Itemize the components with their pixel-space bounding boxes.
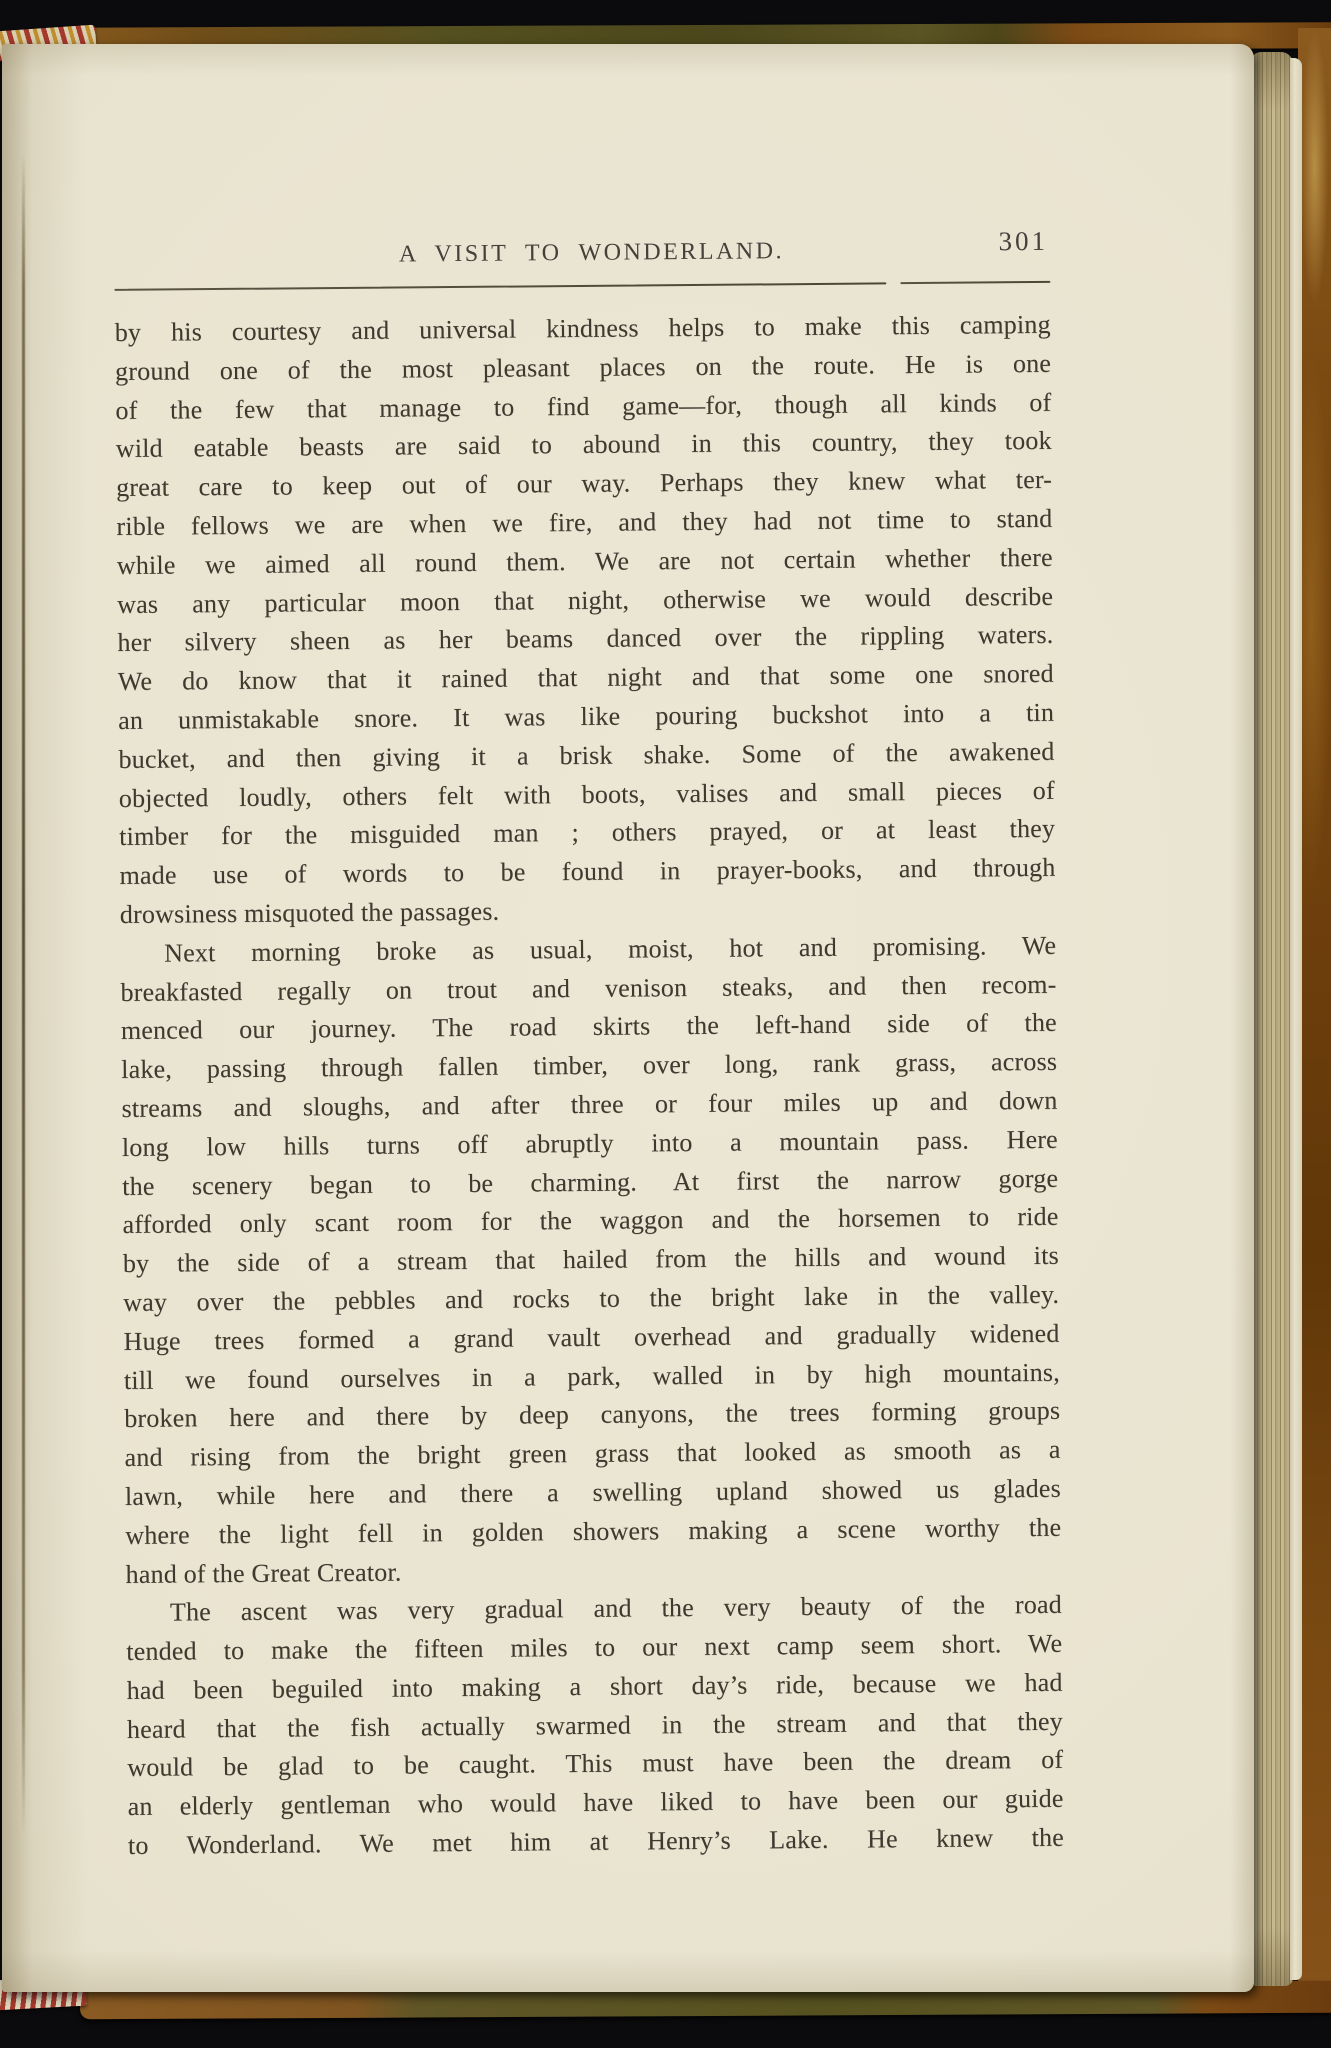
book-scan-scene: A VISIT TO WONDERLAND. 301 by his courte… [0, 0, 1331, 2048]
header-rule [114, 281, 1050, 291]
page-content: A VISIT TO WONDERLAND. 301 by his courte… [114, 236, 1064, 1866]
page-number: 301 [998, 226, 1048, 257]
header-rule-segment [901, 281, 1051, 284]
header-rule-segment [114, 282, 886, 290]
text-line: where the light fell in golden showers m… [125, 1508, 1061, 1555]
gutter-crease [22, 154, 25, 1834]
page-stack-fore-edge [1251, 52, 1293, 1986]
paragraph: by his courtesy and universal kindness h… [115, 306, 1056, 935]
book-cover-right-edge [1298, 28, 1331, 2012]
paragraph: Next morning broke as usual, moist, hot … [120, 927, 1062, 1595]
book-page: A VISIT TO WONDERLAND. 301 by his courte… [2, 44, 1254, 1992]
text-line: to Wonderland. We met him at Henry’s Lak… [128, 1819, 1064, 1866]
running-header-title: A VISIT TO WONDERLAND. [399, 238, 784, 268]
text-line: made use of words to be found in prayer-… [119, 849, 1055, 896]
running-header: A VISIT TO WONDERLAND. 301 [114, 236, 1050, 278]
body-text: by his courtesy and universal kindness h… [115, 306, 1065, 1866]
underlying-page-edge [1290, 58, 1302, 1980]
paragraph: The ascent was very gradual and the very… [126, 1586, 1064, 1866]
